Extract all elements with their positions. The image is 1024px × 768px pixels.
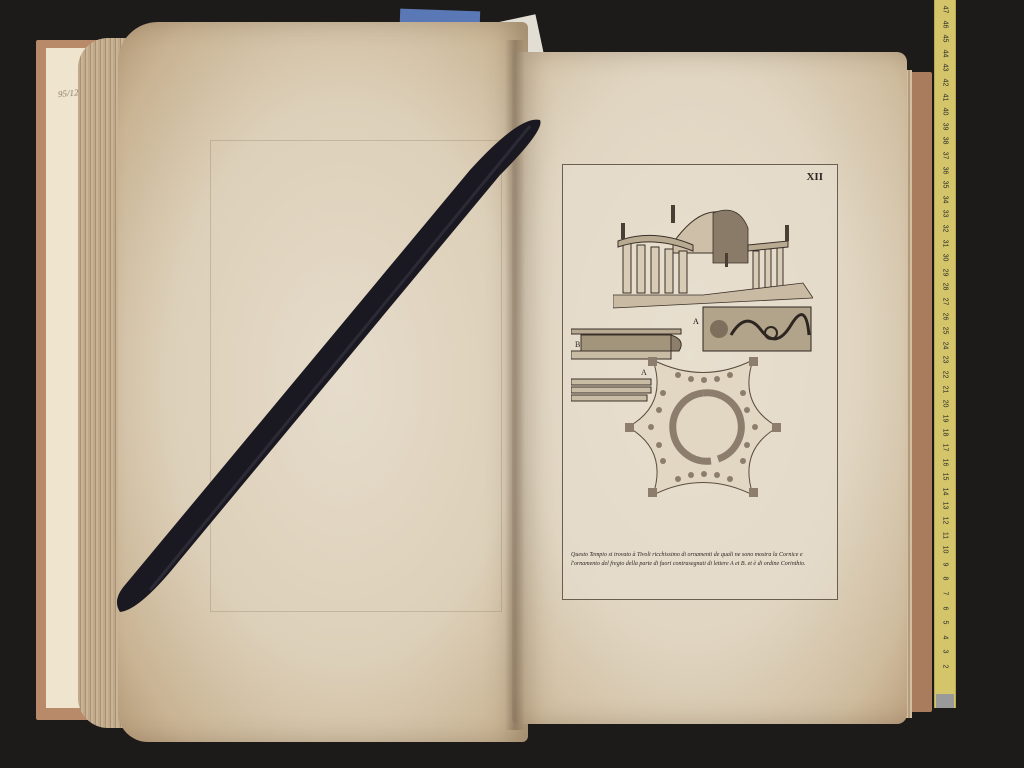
tape-mark: 32 <box>942 222 949 236</box>
tape-mark: 29 <box>942 265 949 279</box>
tape-mark: 38 <box>942 134 949 148</box>
tape-mark: 14 <box>942 484 949 498</box>
tape-mark: 33 <box>942 207 949 221</box>
tape-mark: 4 <box>942 630 949 644</box>
tape-measure: 4746454443424140393837363534333231302928… <box>934 0 956 708</box>
tape-mark: 23 <box>942 353 949 367</box>
book-gutter <box>505 40 525 730</box>
tape-mark: 36 <box>942 163 949 177</box>
tape-mark: 44 <box>942 46 949 60</box>
tape-mark: 15 <box>942 470 949 484</box>
tape-mark: 3 <box>942 645 949 659</box>
temple-ground-plan-illustration <box>623 355 783 500</box>
tape-mark: 42 <box>942 76 949 90</box>
tape-mark: 9 <box>942 557 949 571</box>
tape-mark: 31 <box>942 236 949 250</box>
tape-mark: 16 <box>942 455 949 469</box>
temple-perspective-illustration <box>613 183 813 313</box>
tape-mark: 30 <box>942 251 949 265</box>
tape-measure-end-clip <box>936 694 954 708</box>
tape-mark: 43 <box>942 61 949 75</box>
tape-mark: 40 <box>942 105 949 119</box>
tape-mark: 13 <box>942 499 949 513</box>
tape-mark: 35 <box>942 178 949 192</box>
label-a-frieze: A <box>693 317 699 326</box>
tape-mark: 6 <box>942 601 949 615</box>
tape-mark: 5 <box>942 616 949 630</box>
tape-mark: 17 <box>942 441 949 455</box>
tape-mark: 2 <box>942 660 949 674</box>
tape-mark: 24 <box>942 338 949 352</box>
tape-mark: 12 <box>942 514 949 528</box>
left-page-plate-mark <box>210 140 502 612</box>
tape-mark: 8 <box>942 572 949 586</box>
tape-mark: 37 <box>942 149 949 163</box>
tape-mark: 39 <box>942 119 949 133</box>
tape-mark: 10 <box>942 543 949 557</box>
tape-mark: 27 <box>942 295 949 309</box>
label-b: B <box>575 340 580 349</box>
tape-mark: 21 <box>942 382 949 396</box>
tape-mark: 47 <box>942 3 949 17</box>
photo-scene: 95/125 XII <box>0 0 1024 768</box>
tape-mark: 34 <box>942 192 949 206</box>
tape-mark: 28 <box>942 280 949 294</box>
ornamental-frieze-illustration <box>701 305 813 353</box>
plate-caption: Questo Tempio si trovato à Tivoli ricchi… <box>571 551 829 569</box>
tape-mark: 45 <box>942 32 949 46</box>
tape-mark: 25 <box>942 324 949 338</box>
tape-mark: 22 <box>942 368 949 382</box>
tape-mark: 41 <box>942 90 949 104</box>
plate-number: XII <box>806 171 823 183</box>
tape-mark: 20 <box>942 397 949 411</box>
tape-mark: 26 <box>942 309 949 323</box>
engraved-plate: XII <box>562 164 838 600</box>
tape-mark: 11 <box>942 528 949 542</box>
tape-mark: 7 <box>942 587 949 601</box>
tape-mark: 18 <box>942 426 949 440</box>
tape-mark: 46 <box>942 17 949 31</box>
tape-mark: 19 <box>942 411 949 425</box>
